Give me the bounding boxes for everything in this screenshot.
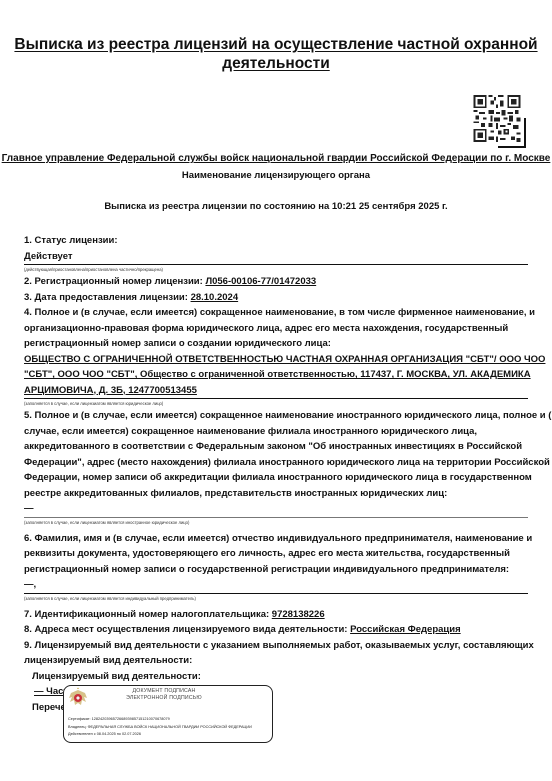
section-7-label: 7. Идентификационный номер налогоплатель… (24, 609, 272, 620)
inn-value: 9728138226 (272, 609, 325, 620)
legal-entity-line: "СБТ", ООО ЧОО "СБТ", Общество с огранич… (24, 367, 530, 383)
section-4-line: регистрационный номер записи о создании … (24, 336, 530, 352)
license-status-text: Действует (24, 251, 73, 262)
document-title: Выписка из реестра лицензий на осуществл… (0, 35, 552, 73)
section-6-line: регистрационный номер записи о государст… (24, 562, 530, 578)
section-5-line: 5. Полное и (в случае, если имеется) сок… (24, 408, 530, 424)
section-2-label: 2. Регистрационный номер лицензии: (24, 276, 205, 287)
legal-entity-caption: (заполняется в случае, если лицензиатом … (24, 400, 530, 408)
licensing-authority: Главное управление Федеральной службы во… (0, 153, 552, 165)
qr-corner-mark (498, 118, 526, 148)
stamp-header-line2: ЭЛЕКТРОННОЙ ПОДПИСЬЮ (94, 695, 234, 702)
licensing-authority-caption: Наименование лицензирующего органа (0, 170, 552, 181)
stamp-certificate: Сертификат: 1282420396572668939857151210… (68, 716, 272, 724)
stamp-details: Сертификат: 1282420396572668939857151210… (68, 716, 272, 739)
section-5-line: Федерации", адрес (место нахождения) фил… (24, 455, 530, 471)
stamp-header: ДОКУМЕНТ ПОДПИСАН ЭЛЕКТРОННОЙ ПОДПИСЬЮ (94, 688, 234, 702)
section-9-line: 9. Лицензируемый вид деятельности с указ… (24, 638, 530, 654)
section-6-line: 6. Фамилия, имя и (в случае, если имеетс… (24, 531, 530, 547)
license-status-caption: (действующая/приостановлена/приостановле… (24, 266, 530, 274)
stamp-validity: Действителен с 08.04.2025 по 02.07.2026 (68, 731, 272, 739)
section-5-line: реестре аккредитованных филиалов, предст… (24, 486, 530, 502)
foreign-entity-text: — (24, 503, 34, 514)
foreign-entity-value: — (24, 501, 528, 518)
document-body: 1. Статус лицензии: Действует (действующ… (24, 233, 530, 715)
entrepreneur-value: —, (24, 577, 528, 594)
section-8-label: 8. Адреса мест осуществления лицензируем… (24, 624, 350, 635)
entrepreneur-caption: (заполняется в случае, если лицензиатом … (24, 595, 530, 603)
section-8: 8. Адреса мест осуществления лицензируем… (24, 622, 530, 638)
section-6-line: реквизиты документа, удостоверяющего его… (24, 546, 530, 562)
section-3: 3. Дата предоставления лицензии: 28.10.2… (24, 290, 530, 306)
section-5-line: аккредитованного в соответствии с Федера… (24, 439, 530, 455)
section-9-line: лицензируемый вид деятельности: (24, 653, 530, 669)
section-4-line: организационно-правовая форма юридическо… (24, 321, 530, 337)
section-4-line: 4. Полное и (в случае, если имеется) сок… (24, 305, 530, 321)
license-status-value: Действует (24, 249, 528, 266)
entrepreneur-text: —, (24, 579, 36, 590)
licensing-authority-text: Главное управление Федеральной службы во… (2, 153, 551, 164)
activity-address: Российская Федерация (350, 624, 461, 635)
foreign-entity-caption: (заполняется в случае, если лицензиатом … (24, 519, 530, 527)
stamp-owner: Владелец: ФЕДЕРАЛЬНАЯ СЛУЖБА ВОЙСК НАЦИО… (68, 724, 272, 732)
section-2: 2. Регистрационный номер лицензии: Л056-… (24, 274, 530, 290)
section-7: 7. Идентификационный номер налогоплатель… (24, 607, 530, 623)
stamp-header-line1: ДОКУМЕНТ ПОДПИСАН (94, 688, 234, 695)
section-5-line: случае, если имеется) сокращенное наимен… (24, 424, 530, 440)
legal-entity-line: АРЦИМОВИЧА, Д. 3Б, 1247700513455 (24, 383, 528, 400)
section-3-label: 3. Дата предоставления лицензии: (24, 292, 191, 303)
section-1-label: 1. Статус лицензии: (24, 233, 530, 249)
electronic-signature-stamp: ДОКУМЕНТ ПОДПИСАН ЭЛЕКТРОННОЙ ПОДПИСЬЮ С… (63, 685, 273, 743)
legal-entity-text: АРЦИМОВИЧА, Д. 3Б, 1247700513455 (24, 385, 197, 396)
activity-label: Лицензируемый вид деятельности: (24, 669, 530, 685)
license-date: 28.10.2024 (191, 292, 239, 303)
legal-entity-line: ОБЩЕСТВО С ОГРАНИЧЕННОЙ ОТВЕТСТВЕННОСТЬЮ… (24, 352, 530, 368)
section-5-line: Федерации, номер записи об аккредитации … (24, 470, 530, 486)
as-of-statement: Выписка из реестра лицензии по состоянию… (0, 201, 552, 212)
document-title-text: Выписка из реестра лицензий на осуществл… (14, 36, 537, 72)
rosgvardia-emblem-icon (67, 687, 89, 709)
license-number: Л056-00106-77/01472033 (205, 276, 316, 287)
